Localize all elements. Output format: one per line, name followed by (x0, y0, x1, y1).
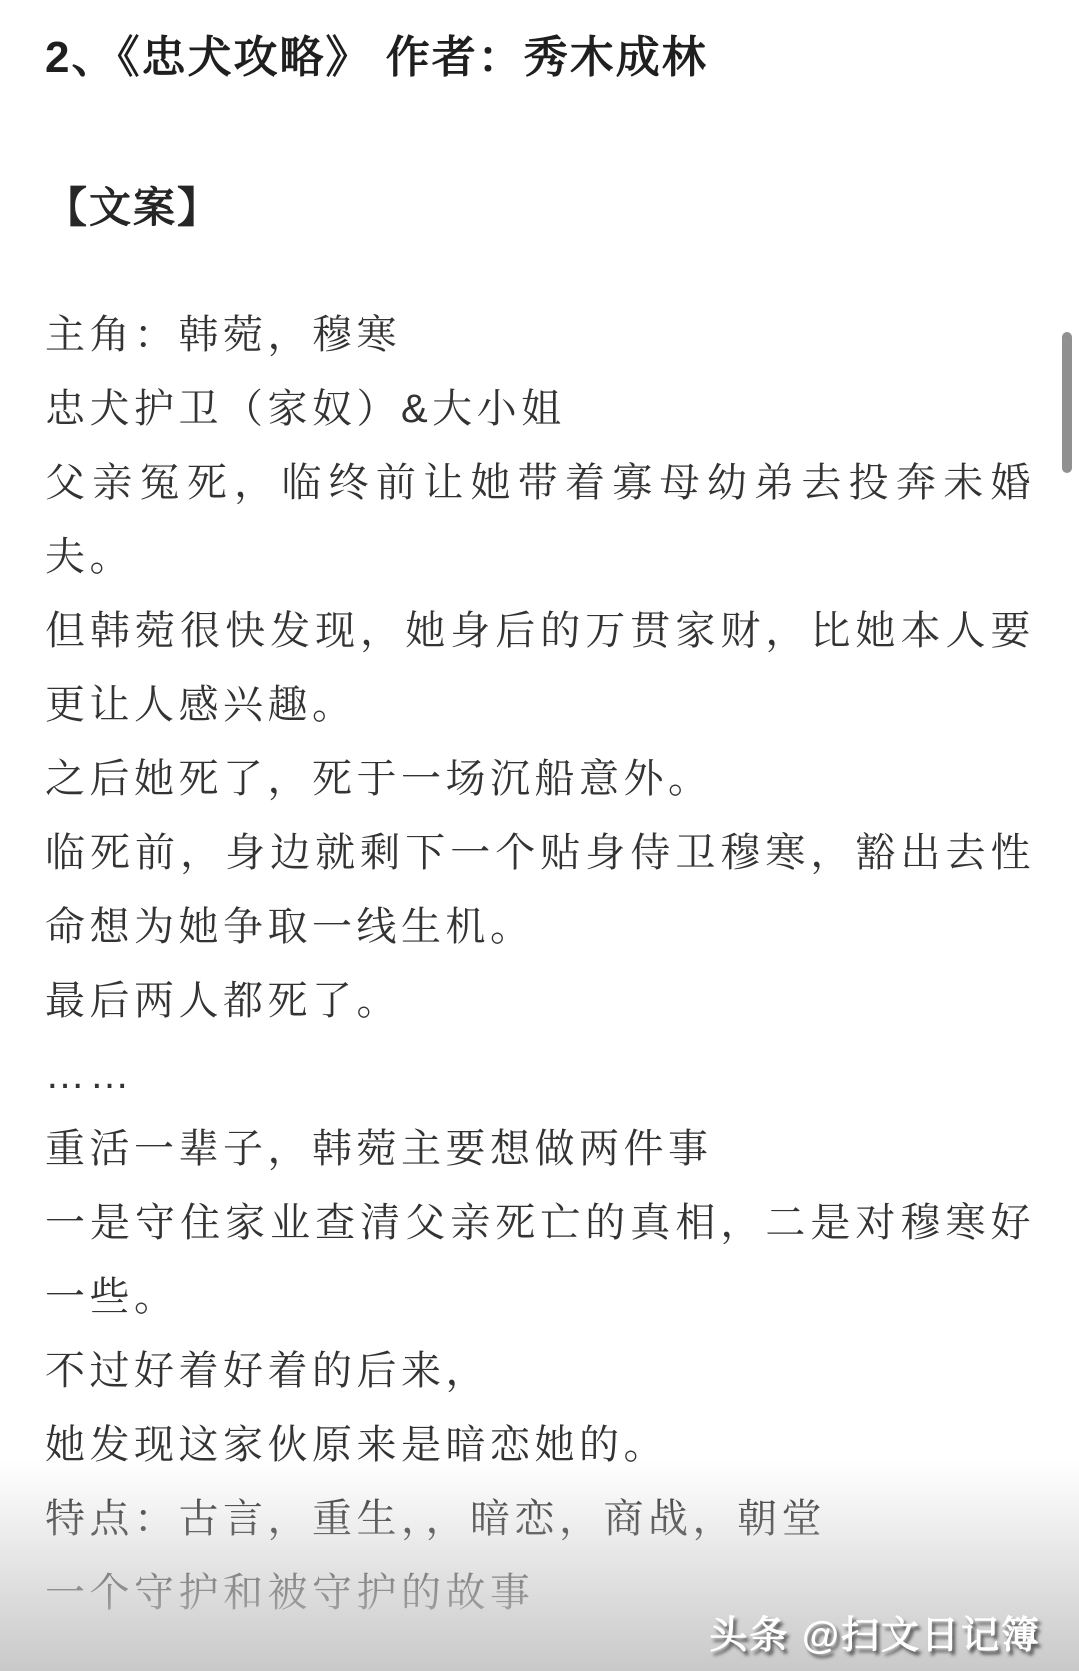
watermark: 头条 @扫文日记簿 (709, 1604, 1041, 1659)
paragraph: 一是守住家业查清父亲死亡的真相，二是对穆寒好一些。 (45, 1186, 1035, 1334)
paragraph: 不过好着好着的后来， (45, 1334, 1035, 1408)
watermark-handle: @扫文日记簿 (802, 1615, 1041, 1657)
article-page: 2、《忠犬攻略》 作者：秀木成林 【文案】 主角：韩菀，穆寒 忠犬护卫（家奴）&… (0, 0, 1079, 1671)
page-title: 2、《忠犬攻略》 作者：秀木成林 (45, 0, 1035, 91)
paragraph: 但韩菀很快发现，她身后的万贯家财，比她本人要更让人感兴趣。 (45, 594, 1035, 742)
paragraph: 主角：韩菀，穆寒 (45, 298, 1035, 372)
paragraph: 之后她死了，死于一场沉船意外。 (45, 742, 1035, 816)
watermark-platform: 头条 (709, 1615, 789, 1657)
paragraph: …… (45, 1038, 1035, 1112)
paragraph: 忠犬护卫（家奴）&大小姐 (45, 372, 1035, 446)
paragraph: 她发现这家伙原来是暗恋她的。 (45, 1408, 1035, 1482)
article-content: 2、《忠犬攻略》 作者：秀木成林 【文案】 主角：韩菀，穆寒 忠犬护卫（家奴）&… (0, 0, 1079, 1630)
section-label: 【文案】 (45, 179, 1035, 237)
article-body: 主角：韩菀，穆寒 忠犬护卫（家奴）&大小姐 父亲冤死，临终前让她带着寡母幼弟去投… (45, 298, 1035, 1630)
paragraph: 临死前，身边就剩下一个贴身侍卫穆寒，豁出去性命想为她争取一线生机。 (45, 816, 1035, 964)
scrollbar-thumb[interactable] (1062, 332, 1072, 473)
paragraph: 最后两人都死了。 (45, 964, 1035, 1038)
paragraph: 特点：古言，重生，，暗恋，商战，朝堂 (45, 1482, 1035, 1556)
paragraph: 父亲冤死，临终前让她带着寡母幼弟去投奔未婚夫。 (45, 446, 1035, 594)
paragraph: 重活一辈子，韩菀主要想做两件事 (45, 1112, 1035, 1186)
